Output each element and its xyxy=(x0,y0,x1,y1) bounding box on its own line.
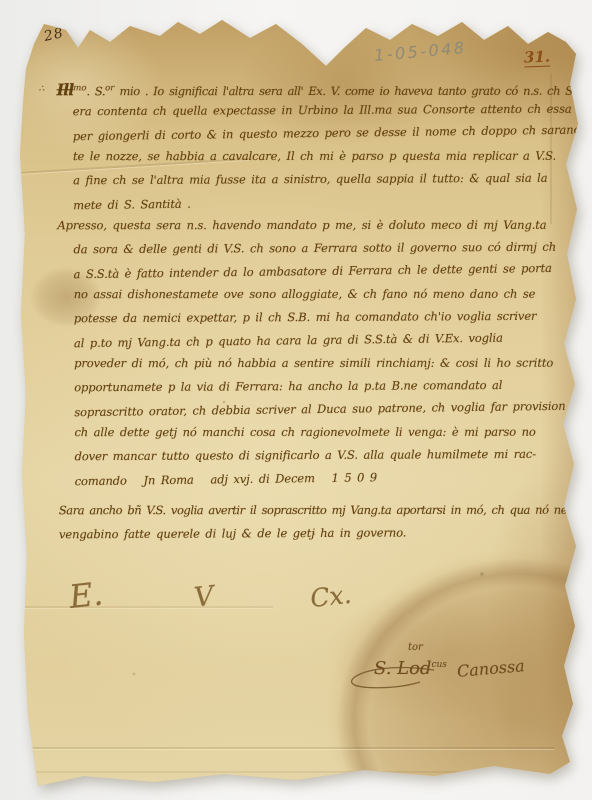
scan-background: 28 1-05-048 31. ∴Illmo. S.or mio . Io si… xyxy=(0,0,592,800)
letter-line: soprascritto orator, ch debbia scriver a… xyxy=(74,399,572,429)
letter-line: per giongerli di corto & in questo mezzo… xyxy=(73,123,571,153)
signature-prefix: tor xyxy=(408,642,423,653)
letter-page: 28 1-05-048 31. ∴Illmo. S.or mio . Io si… xyxy=(14,14,580,790)
letter-line: ch alle dette getj nó manchi cosa ch rag… xyxy=(74,425,572,448)
paper-shadow-wrap: 28 1-05-048 31. ∴Illmo. S.or mio . Io si… xyxy=(0,0,592,800)
salutation-superscript: or xyxy=(105,83,114,93)
catalog-number: 1-05-048 xyxy=(373,38,467,65)
letter-line: Apresso, questa sera n.s. havendo mandat… xyxy=(57,218,571,241)
folio-number: 31. xyxy=(524,48,551,68)
signature-name-text: S. Lod xyxy=(374,658,431,679)
letter-text: ∴Illmo. S.or mio . Io significai l'altra… xyxy=(57,79,574,617)
signature: tor S. LodcusCanossa xyxy=(346,642,566,712)
paper-crease xyxy=(22,747,554,749)
paper-crease xyxy=(34,771,475,773)
letter-line: te le nozze, se habbia a cavalcare, Il c… xyxy=(73,149,571,172)
flourish-mark: V xyxy=(193,581,216,614)
salutation-abbrev: Ill xyxy=(57,80,74,99)
letter-line: no assai dishonestamete ove sono alloggi… xyxy=(74,287,572,310)
salutation-superscript: mo xyxy=(73,83,86,93)
letter-line: vengabino fatte querele di luj & de le g… xyxy=(59,525,573,551)
letter-line: ∴Illmo. S.or mio . Io significai l'altra… xyxy=(57,80,571,103)
signature-surname: Canossa xyxy=(456,656,525,681)
salutation: . S. xyxy=(86,84,105,98)
signature-name-superscript: cus xyxy=(431,660,446,670)
flourish-row: E.VCx. xyxy=(59,574,573,617)
flourish-mark: E. xyxy=(67,574,104,615)
letter-line: a S.S.tà è fatto intender da lo ambasato… xyxy=(73,261,571,291)
letter-line: mete di S. Santità . xyxy=(73,192,571,222)
letter-line: Sara ancho bñ V.S. voglia avertir il sop… xyxy=(59,503,573,526)
margin-mark: ∴ xyxy=(39,84,44,94)
letter-line-text: mio . Io significai l'altra sera all' Ex… xyxy=(114,84,586,98)
folio-number-old: 28 xyxy=(43,25,66,45)
letter-line: al p.to mj Vang.ta ch p quato ha cara la… xyxy=(74,330,572,360)
letter-line: proveder di mó, ch più nó habbia a senti… xyxy=(74,356,572,379)
letter-dateline: comando Jn Roma adj xvj. di Decem 1 5 0 … xyxy=(75,468,573,498)
signature-name: S. LodcusCanossa xyxy=(374,658,525,679)
flourish-mark: Cx. xyxy=(309,580,353,613)
